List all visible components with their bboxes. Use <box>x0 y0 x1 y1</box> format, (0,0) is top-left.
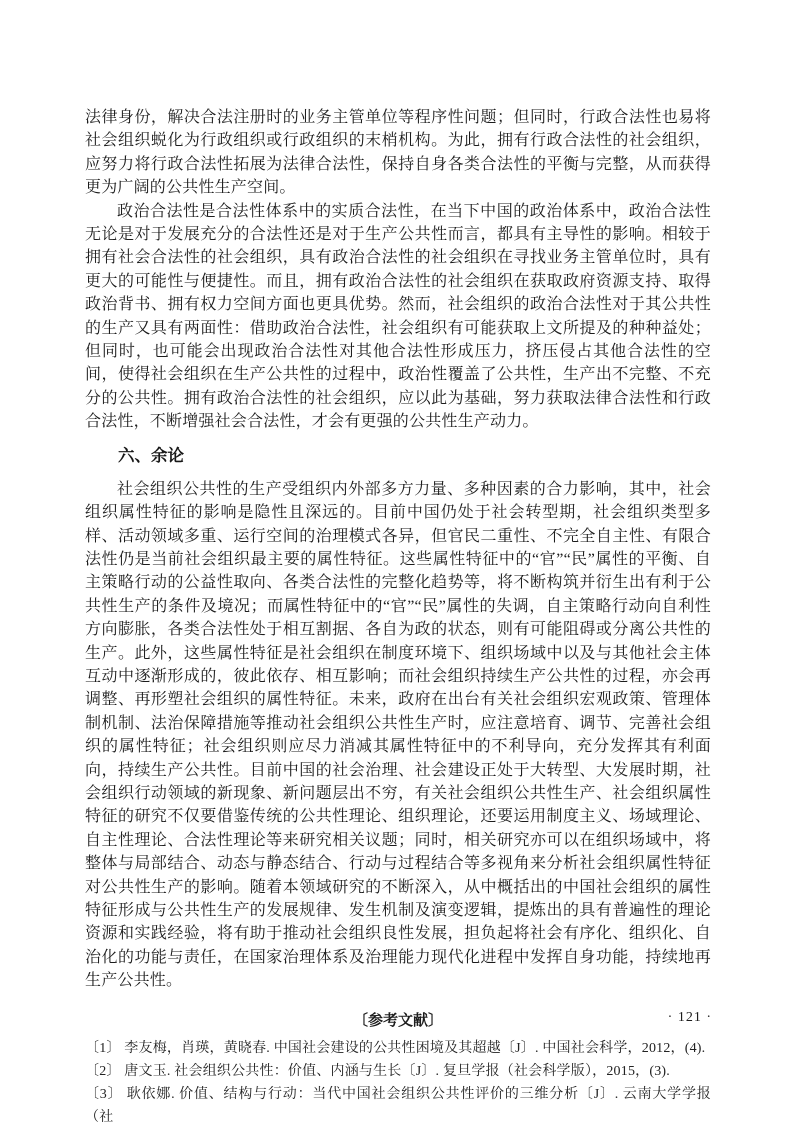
paragraph-legal-identity-continued: 法律身份，解决合法注册时的业务主管单位等程序性问题；但同时，行政合法性也易将社会… <box>85 106 711 200</box>
reference-item-3: 〔3〕 耿依娜. 价值、结构与行动：当代中国社会组织公共性评价的三维分析〔J〕.… <box>85 1083 711 1122</box>
reference-item-1: 〔1〕 李友梅，肖瑛，黄晓春. 中国社会建设的公共性困境及其超越〔J〕. 中国社… <box>85 1037 711 1060</box>
page-body: 法律身份，解决合法注册时的业务主管单位等程序性问题；但同时，行政合法性也易将社会… <box>85 106 711 1122</box>
references-section: 〔参考文献〕 〔1〕 李友梅，肖瑛，黄晓春. 中国社会建设的公共性困境及其超越〔… <box>85 1010 711 1122</box>
document-page: 法律身份，解决合法注册时的业务主管单位等程序性问题；但同时，行政合法性也易将社会… <box>0 0 793 1122</box>
page-number: · 121 · <box>668 1010 712 1026</box>
references-title: 〔参考文献〕 <box>85 1010 711 1033</box>
reference-item-2: 〔2〕 唐文玉. 社会组织公共性：价值、内涵与生长〔J〕. 复旦学报（社会科学版… <box>85 1060 711 1083</box>
paragraph-conclusion: 社会组织公共性的生产受组织内外部多方力量、多种因素的合力影响，其中，社会组织属性… <box>85 478 711 993</box>
paragraph-political-legitimacy: 政治合法性是合法性体系中的实质合法性，在当下中国的政治体系中，政治合法性无论是对… <box>85 200 711 434</box>
section-heading-conclusion: 六、余论 <box>85 444 711 467</box>
